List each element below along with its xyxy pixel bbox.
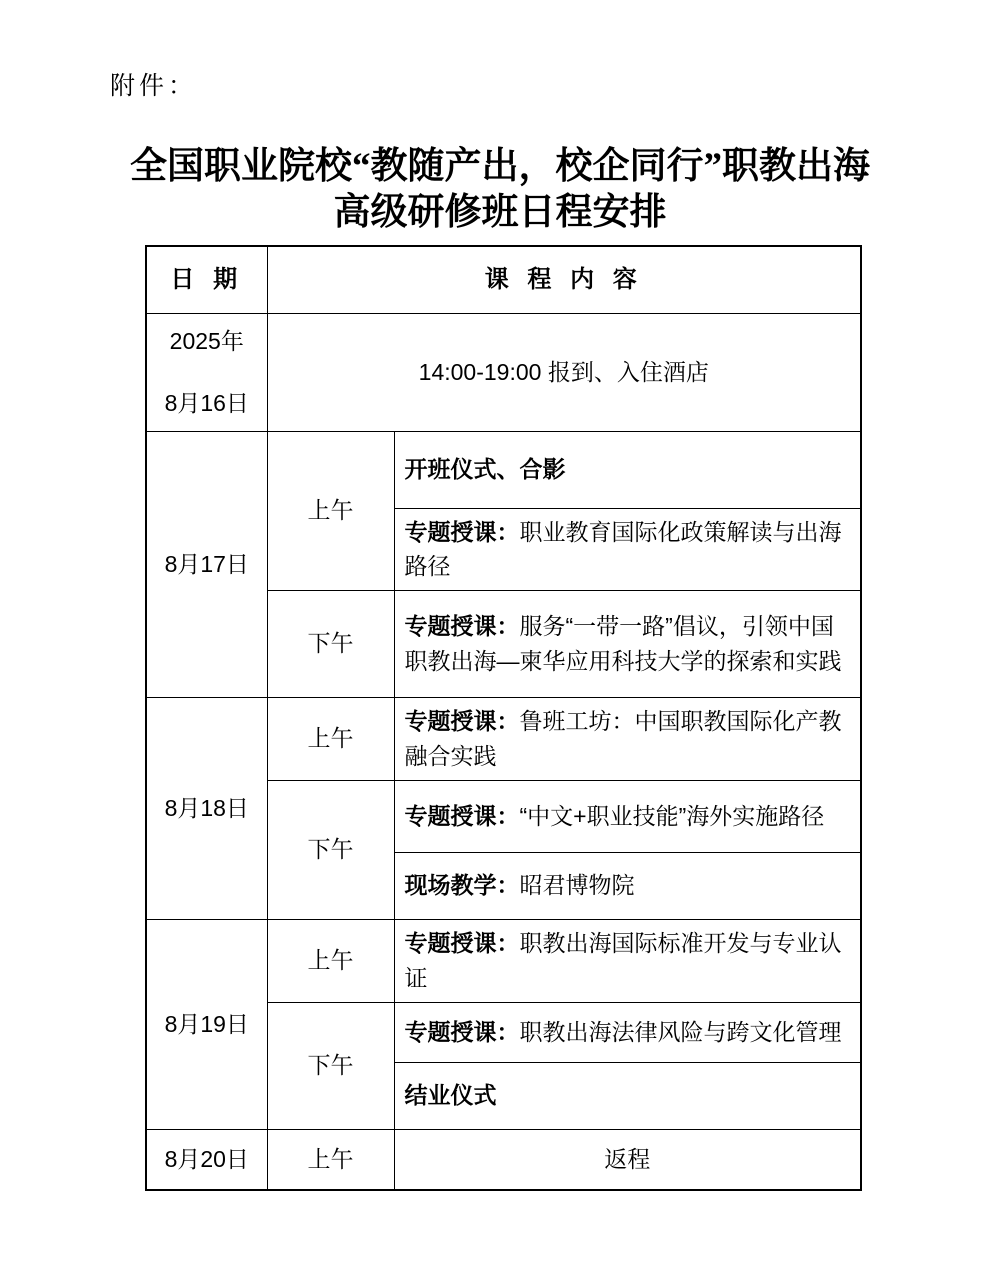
course-type-label: 专题授课：	[405, 1019, 520, 1045]
course-type-label: 专题授课：	[405, 519, 520, 545]
content-cell-aug17-opening: 开班仪式、合影	[394, 431, 861, 508]
session-cell-aug20-morning: 上午	[267, 1129, 394, 1190]
session-cell-aug19-morning: 上午	[267, 919, 394, 1002]
page-title-line1: 全国职业院校“教随产出，校企同行”职教出海	[0, 144, 1000, 190]
course-type-label: 专题授课：	[405, 708, 520, 734]
content-cell-aug20-return: 返程	[394, 1129, 861, 1190]
date-day-label: 8月16日	[147, 386, 267, 421]
date-cell-aug17: 8月17日	[146, 431, 267, 697]
session-cell-aug17-morning: 上午	[267, 431, 394, 590]
session-cell-aug18-morning: 上午	[267, 697, 394, 780]
session-cell-aug19-afternoon: 下午	[267, 1002, 394, 1129]
content-cell-aug19-closing: 结业仪式	[394, 1062, 861, 1129]
content-cell-aug17-lecture-belt-road: 专题授课：服务“一带一路”倡议，引领中国职教出海—柬华应用科技大学的探索和实践	[394, 590, 861, 697]
course-topic-text: 昭君博物院	[520, 872, 635, 898]
course-topic-text: 职教出海法律风险与跨文化管理	[520, 1019, 842, 1045]
table-header-row: 日 期 课 程 内 容	[146, 246, 861, 313]
page-title-line2: 高级研修班日程安排	[0, 190, 1000, 236]
course-type-label: 专题授课：	[405, 930, 520, 956]
document-page: 附件： 全国职业院校“教随产出，校企同行”职教出海 高级研修班日程安排 日 期 …	[0, 0, 1000, 1265]
content-cell-aug18-field-teaching: 现场教学：昭君博物院	[394, 852, 861, 919]
schedule-table: 日 期 课 程 内 容 2025年 8月16日 14:00-19:00 报到、入…	[145, 245, 862, 1191]
table-row-aug20: 8月20日 上午 返程	[146, 1129, 861, 1190]
session-cell-aug17-afternoon: 下午	[267, 590, 394, 697]
content-column-header: 课 程 内 容	[267, 246, 861, 313]
course-type-label: 专题授课：	[405, 803, 520, 829]
content-cell-aug19-lecture-standards: 专题授课：职教出海国际标准开发与专业认证	[394, 919, 861, 1002]
content-cell-aug17-lecture-policy: 专题授课：职业教育国际化政策解读与出海路径	[394, 508, 861, 590]
attachment-label: 附件：	[110, 66, 197, 102]
content-cell-aug19-lecture-legal: 专题授课：职教出海法律风险与跨文化管理	[394, 1002, 861, 1062]
content-cell-aug18-lecture-chinese-skills: 专题授课：“中文+职业技能”海外实施路径	[394, 780, 861, 852]
event-title-bold: 结业仪式	[405, 1082, 497, 1108]
table-row-aug17-morning-1: 8月17日 上午 开班仪式、合影	[146, 431, 861, 508]
table-row-aug19-morning: 8月19日 上午 专题授课：职教出海国际标准开发与专业认证	[146, 919, 861, 1002]
date-cell-aug16: 2025年 8月16日	[146, 313, 267, 431]
page-title: 全国职业院校“教随产出，校企同行”职教出海 高级研修班日程安排	[0, 144, 1000, 236]
session-cell-aug18-afternoon: 下午	[267, 780, 394, 919]
date-column-header: 日 期	[146, 246, 267, 313]
course-topic-text: “中文+职业技能”海外实施路径	[520, 803, 825, 829]
date-cell-aug20: 8月20日	[146, 1129, 267, 1190]
table-row-aug16: 2025年 8月16日 14:00-19:00 报到、入住酒店	[146, 313, 861, 431]
date-cell-aug18: 8月18日	[146, 697, 267, 919]
course-type-label: 专题授课：	[405, 613, 520, 639]
date-cell-aug19: 8月19日	[146, 919, 267, 1129]
course-type-label: 现场教学：	[405, 872, 520, 898]
date-year-label: 2025年	[147, 324, 267, 359]
event-title-bold: 开班仪式、合影	[405, 456, 566, 482]
content-cell-aug18-lecture-luban: 专题授课：鲁班工坊：中国职教国际化产教融合实践	[394, 697, 861, 780]
content-cell-aug16-checkin: 14:00-19:00 报到、入住酒店	[267, 313, 861, 431]
table-row-aug18-morning: 8月18日 上午 专题授课：鲁班工坊：中国职教国际化产教融合实践	[146, 697, 861, 780]
